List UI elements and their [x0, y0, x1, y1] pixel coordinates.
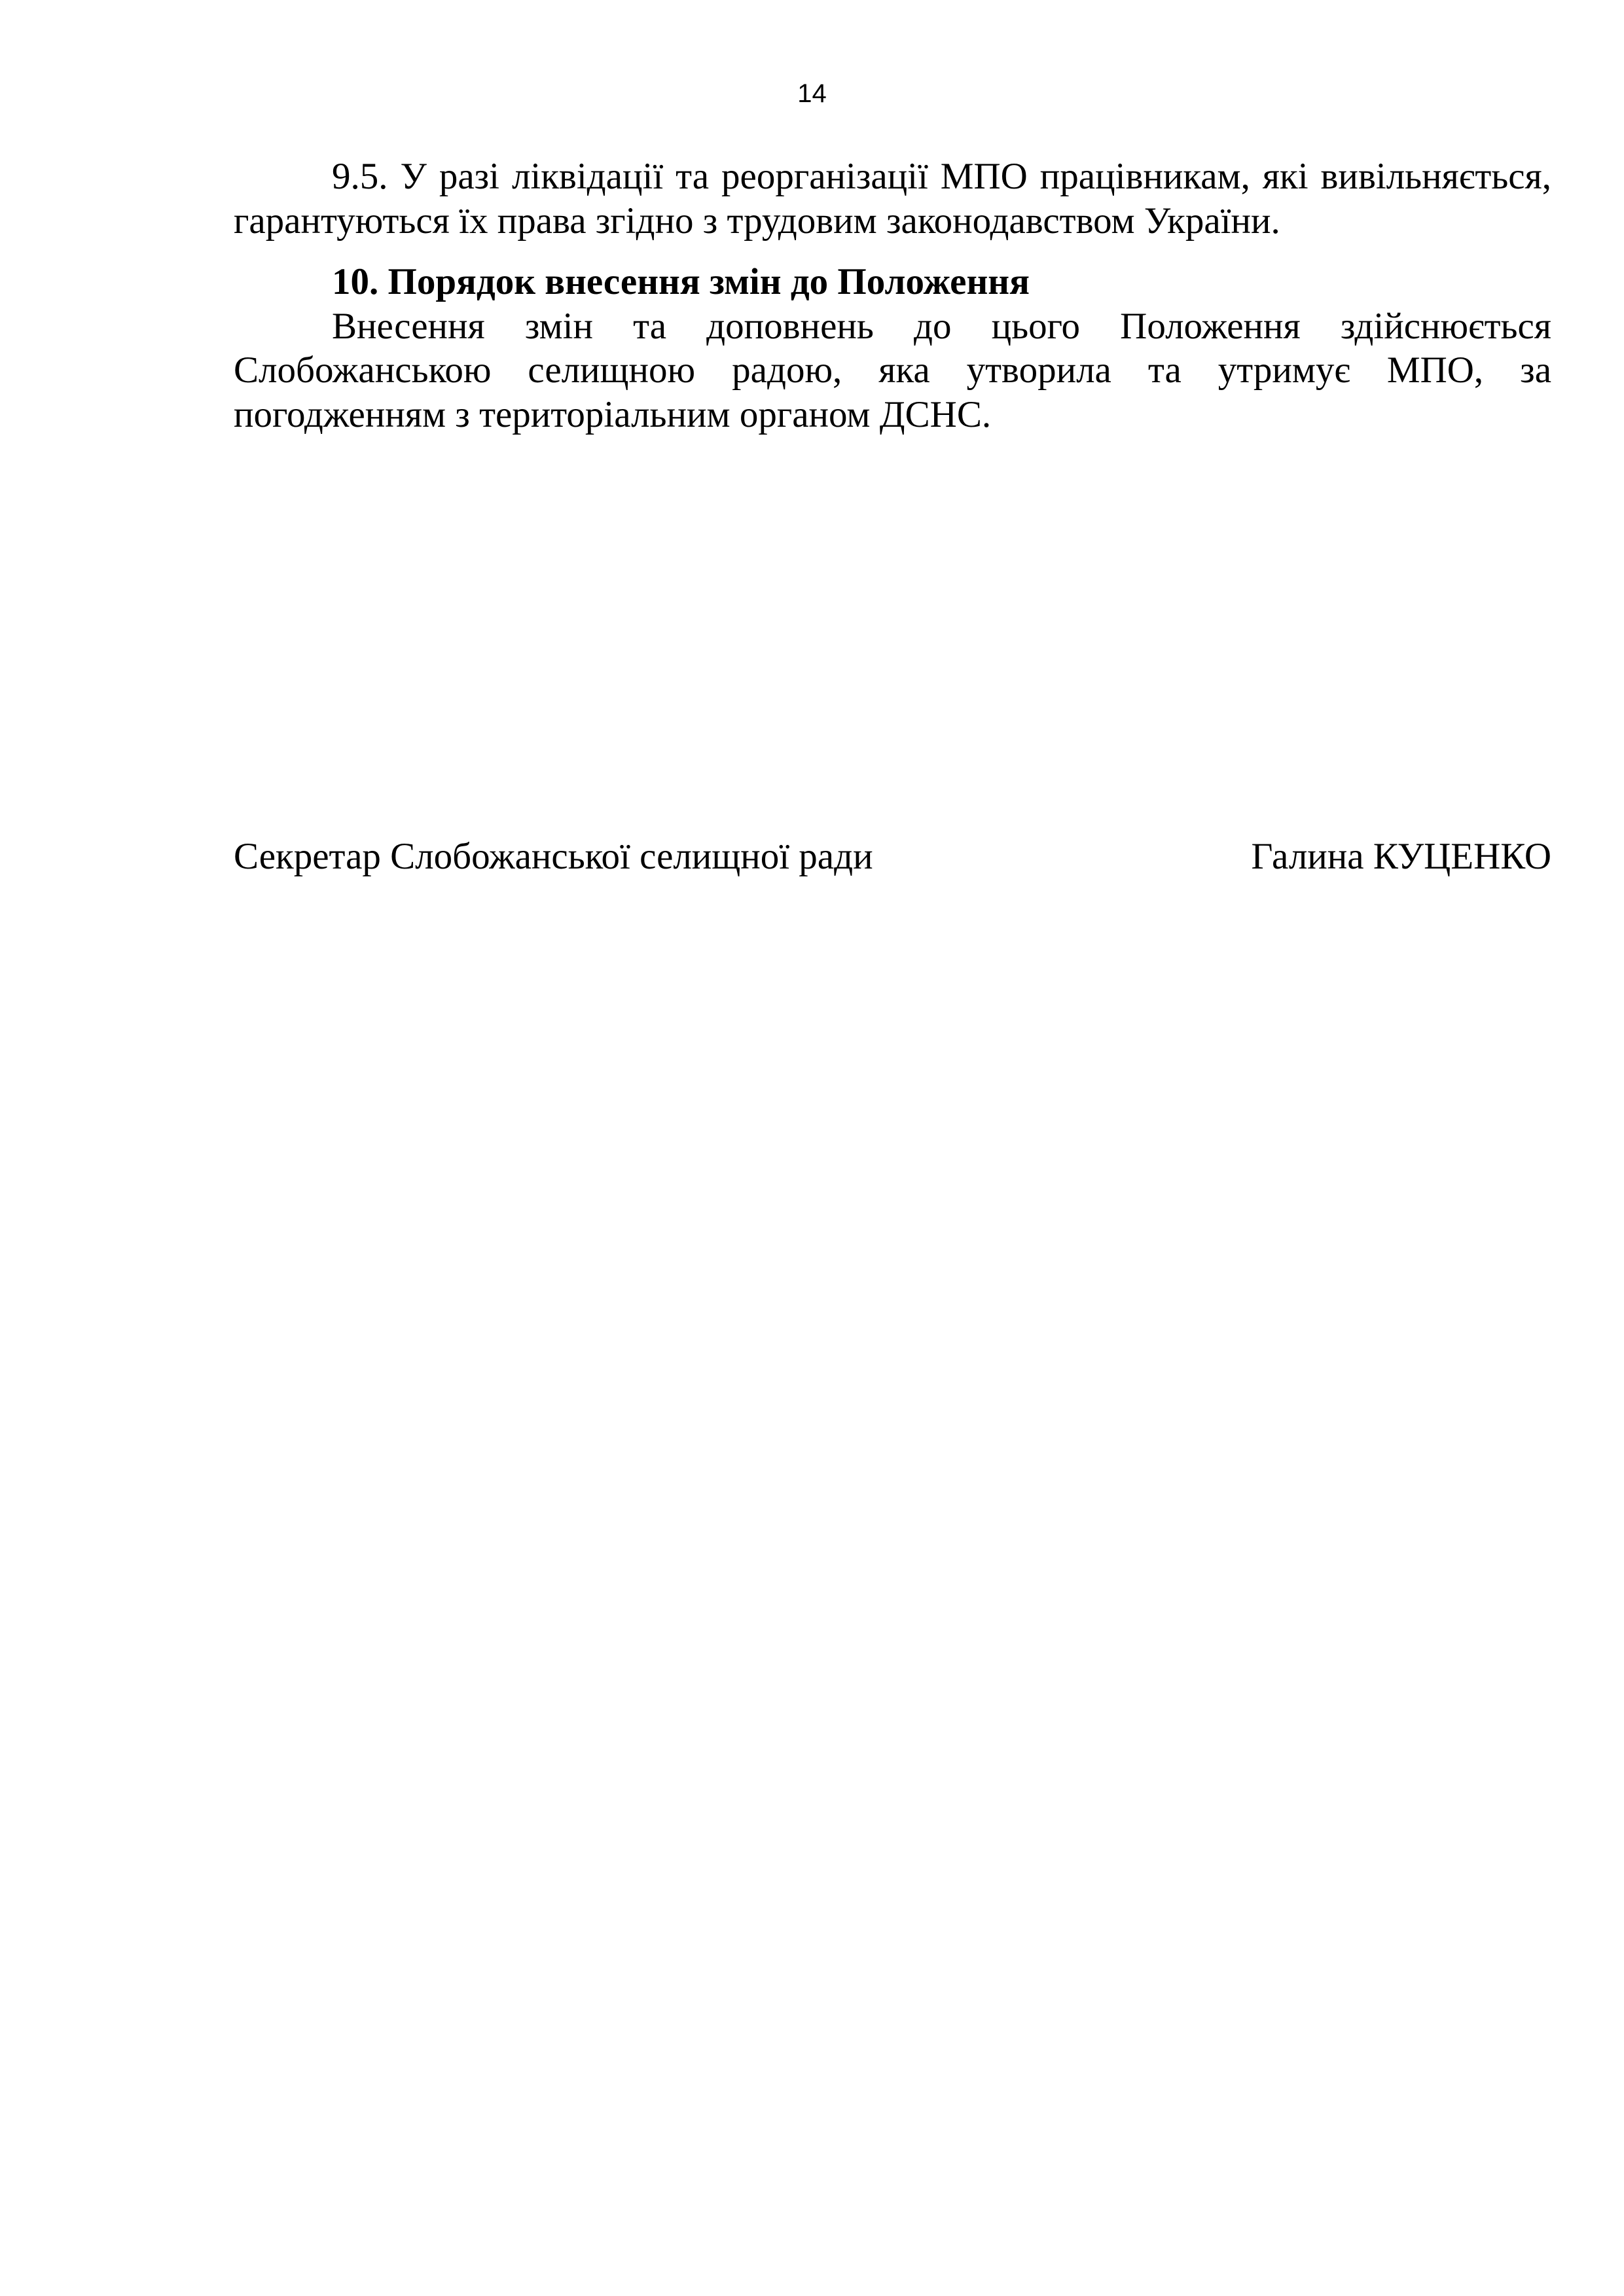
page-number: 14 — [0, 77, 1624, 110]
section-10-heading: 10. Порядок внесення змін до Положення — [234, 260, 1551, 304]
signature-block: Секретар Слобожанської селищної ради Гал… — [234, 834, 1551, 879]
paragraph-9-5: 9.5. У разі ліквідації та реорганізації … — [234, 154, 1551, 243]
signatory-name: Галина КУЦЕНКО — [1252, 834, 1551, 879]
signatory-position: Секретар Слобожанської селищної ради — [234, 834, 873, 879]
paragraph-section-10: Внесення змін та доповнень до цього Поло… — [234, 304, 1551, 437]
document-body: 9.5. У разі ліквідації та реорганізації … — [234, 154, 1551, 437]
